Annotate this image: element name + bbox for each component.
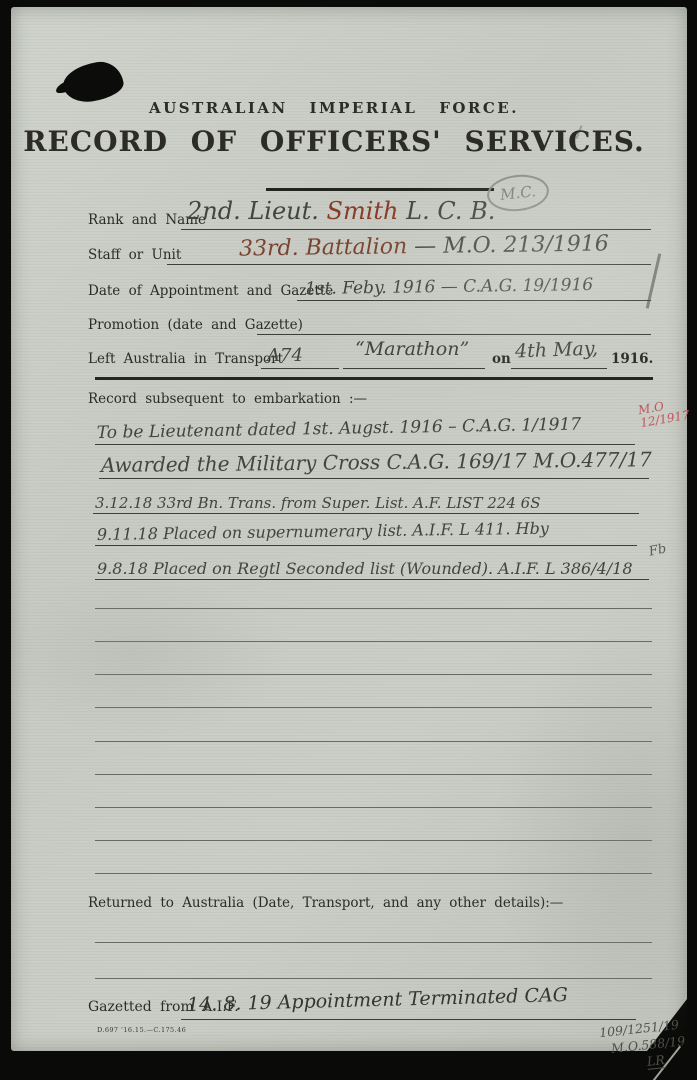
printer-imprint: D.697 ’16.15.—C.175.46 bbox=[97, 1026, 186, 1034]
ruled-line bbox=[95, 741, 652, 742]
ruled-line bbox=[95, 978, 652, 979]
ruled-line bbox=[95, 608, 652, 609]
record-entry-1-text: To be Lieutenant dated 1st. Augst. 1916 … bbox=[97, 415, 582, 443]
promotion-label: Promotion (date and Gazette) bbox=[88, 317, 303, 333]
appointment-value: 1st. Feby. 1916 — C.A.G. 19/1916 bbox=[305, 275, 593, 299]
ruled-line bbox=[95, 807, 652, 808]
returned-label: Returned to Australia (Date, Transport, … bbox=[88, 895, 563, 911]
rank-value-initials: L. C. B. bbox=[399, 197, 496, 225]
appointment-label: Date of Appointment and Gazette bbox=[88, 283, 333, 299]
red-pencil-note: M.O 12/1917 bbox=[637, 396, 691, 430]
ruled-line bbox=[95, 873, 652, 874]
record-entry-2: Awarded the Military Cross C.A.G. 169/17… bbox=[99, 445, 649, 479]
unit-value-ref: — M.O. 213/1916 bbox=[407, 231, 609, 259]
gazetted-value: 14. 8. 19 Appointment Terminated CAG bbox=[187, 984, 568, 1016]
record-entry-1: To be Lieutenant dated 1st. Augst. 1916 … bbox=[95, 417, 635, 445]
promotion-underline bbox=[257, 334, 651, 335]
record-entry-3-text: 3.12.18 33rd Bn. Trans. from Super. List… bbox=[95, 494, 540, 512]
on-label: on bbox=[492, 351, 511, 367]
staff-unit-value: 33rd. Battalion — M.O. 213/1916 bbox=[239, 231, 609, 261]
ruled-line bbox=[95, 674, 652, 675]
ruled-line bbox=[95, 942, 652, 943]
staff-unit-label: Staff or Unit bbox=[88, 247, 181, 263]
page-title: RECORD OF OFFICERS' SERVICES. bbox=[11, 125, 657, 158]
record-entry-5: 9.8.18 Placed on Regtl Seconded list (Wo… bbox=[95, 552, 649, 580]
force-heading: AUSTRALIAN IMPERIAL FORCE. bbox=[11, 99, 657, 117]
gazetted-underline bbox=[181, 1019, 636, 1020]
mc-award-text: M.C. bbox=[499, 182, 537, 204]
embark-date: 4th May, bbox=[515, 338, 599, 363]
transport-underline bbox=[261, 368, 339, 369]
ruled-line bbox=[95, 774, 652, 775]
ruled-line bbox=[95, 707, 652, 708]
ruled-line bbox=[95, 840, 652, 841]
date-underline bbox=[511, 368, 607, 369]
record-heading: Record subsequent to embarkation :— bbox=[88, 391, 367, 407]
staff-unit-underline bbox=[167, 264, 651, 265]
rank-name-value: 2nd. Lieut. Smith L. C. B. bbox=[187, 197, 495, 225]
record-entry-3: 3.12.18 33rd Bn. Trans. from Super. List… bbox=[93, 486, 639, 514]
rank-value-prefix: 2nd. Lieut. bbox=[187, 197, 327, 225]
ship-underline bbox=[343, 368, 485, 369]
pencil-note-initials: LR bbox=[646, 1052, 665, 1070]
record-entry-4: 9.11.18 Placed on supernumerary list. A.… bbox=[95, 518, 637, 546]
record-entry-5-text: 9.8.18 Placed on Regtl Seconded list (Wo… bbox=[97, 559, 633, 578]
embarkation-label: Left Australia in Transport bbox=[88, 351, 283, 367]
ship-name: “Marathon” bbox=[355, 338, 469, 360]
entry-5-initials: Fb bbox=[648, 541, 668, 559]
section-divider bbox=[95, 377, 653, 380]
transport-number: A74 bbox=[267, 345, 303, 366]
embark-year: 1916. bbox=[611, 351, 653, 367]
rank-value-surname: Smith bbox=[327, 197, 399, 225]
record-entry-2-text: Awarded the Military Cross C.A.G. 169/17… bbox=[101, 447, 652, 477]
title-rule bbox=[266, 188, 494, 191]
scanned-form-page: AUSTRALIAN IMPERIAL FORCE. RECORD OF OFF… bbox=[11, 7, 687, 1051]
rank-name-underline bbox=[181, 229, 651, 230]
unit-value-main: 33rd. Battalion bbox=[239, 234, 407, 261]
record-entry-4-text: 9.11.18 Placed on supernumerary list. A.… bbox=[97, 519, 549, 544]
appointment-underline bbox=[297, 300, 651, 301]
ruled-line bbox=[95, 641, 652, 642]
